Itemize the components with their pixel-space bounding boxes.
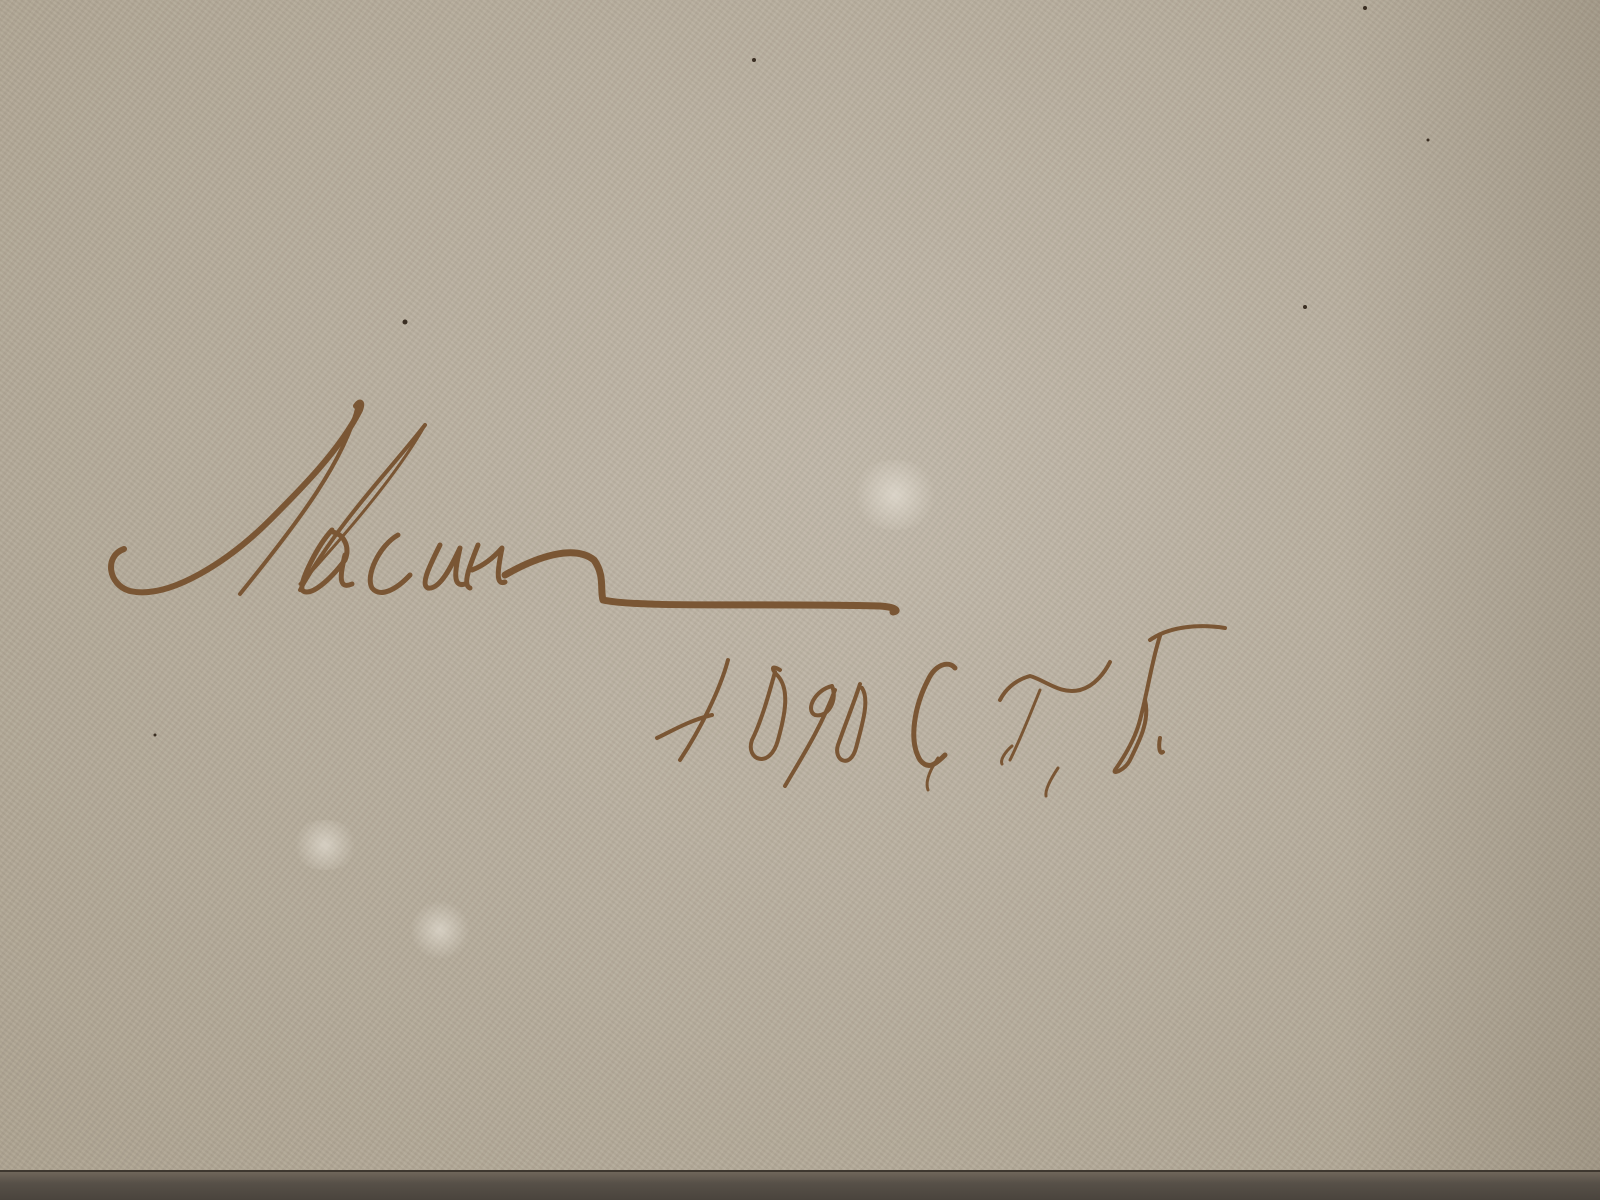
signature-strokes — [111, 403, 896, 612]
handwriting-ink — [0, 0, 1600, 1200]
paper-specks — [154, 6, 1430, 737]
frame-edge — [0, 1170, 1600, 1200]
date-strokes — [657, 626, 1225, 796]
paper-photograph: Масин 1898 С.П.Б. — [0, 0, 1600, 1200]
